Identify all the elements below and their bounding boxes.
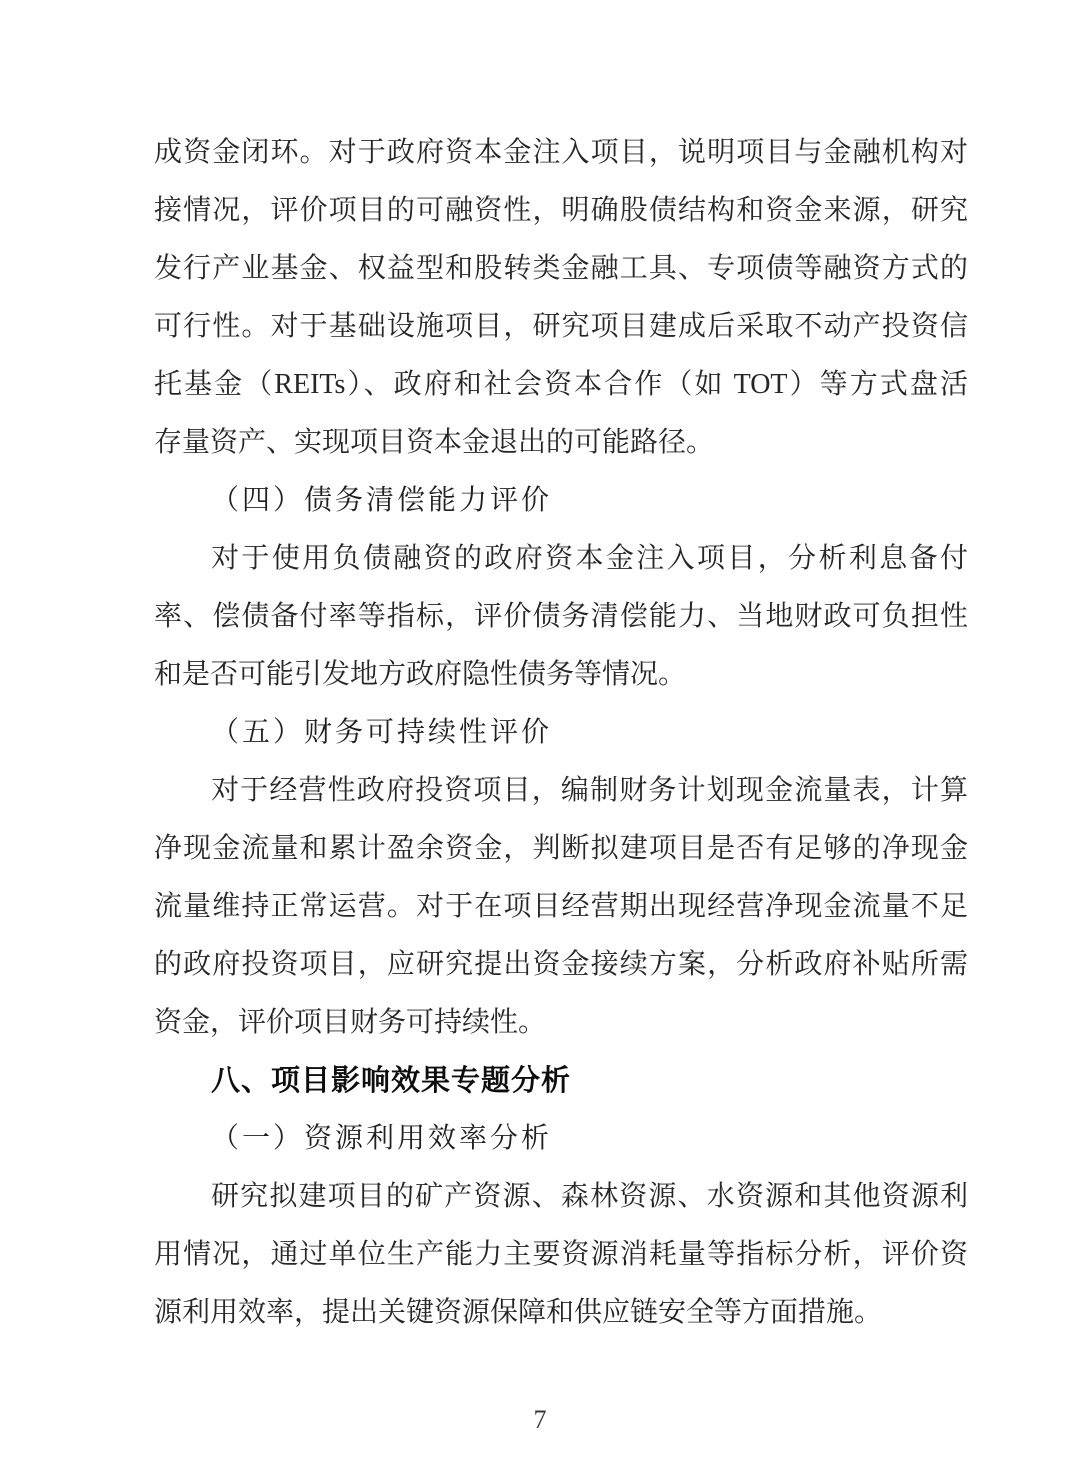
subheading-financial-sustainability: （五）财务可持续性评价	[154, 704, 968, 762]
body-line: 研究拟建项目的矿产资源、森林资源、水资源和其他资源利	[154, 1168, 968, 1226]
section-heading-impact-analysis: 八、项目影响效果专题分析	[154, 1052, 968, 1110]
body-line: 和是否可能引发地方政府隐性债务等情况。	[154, 646, 968, 704]
body-line: 资金，评价项目财务可持续性。	[154, 994, 968, 1052]
body-line: 发行产业基金、权益型和股转类金融工具、专项债等融资方式的	[154, 240, 968, 298]
body-line: 对于使用负债融资的政府资本金注入项目，分析利息备付	[154, 530, 968, 588]
body-line: 成资金闭环。对于政府资本金注入项目，说明项目与金融机构对	[154, 124, 968, 182]
body-line: 存量资产、实现项目资本金退出的可能路径。	[154, 414, 968, 472]
body-line: 流量维持正常运营。对于在项目经营期出现经营净现金流量不足	[154, 878, 968, 936]
body-line: 用情况，通过单位生产能力主要资源消耗量等指标分析，评价资	[154, 1226, 968, 1284]
body-line: 接情况，评价项目的可融资性，明确股债结构和资金来源，研究	[154, 182, 968, 240]
document-page-body: 成资金闭环。对于政府资本金注入项目，说明项目与金融机构对 接情况，评价项目的可融…	[154, 124, 968, 1342]
body-line: 率、偿债备付率等指标，评价债务清偿能力、当地财政可负担性	[154, 588, 968, 646]
page-number: 7	[0, 1403, 1080, 1437]
body-line: 净现金流量和累计盈余资金，判断拟建项目是否有足够的净现金	[154, 820, 968, 878]
subheading-resource-efficiency: （一）资源利用效率分析	[154, 1110, 968, 1168]
body-line: 对于经营性政府投资项目，编制财务计划现金流量表，计算	[154, 762, 968, 820]
body-line: 的政府投资项目，应研究提出资金接续方案，分析政府补贴所需	[154, 936, 968, 994]
body-line: 托基金（REITs）、政府和社会资本合作（如 TOT）等方式盘活	[154, 356, 968, 414]
subheading-debt-repayment-capacity: （四）债务清偿能力评价	[154, 472, 968, 530]
body-line: 可行性。对于基础设施项目，研究项目建成后采取不动产投资信	[154, 298, 968, 356]
body-line: 源利用效率，提出关键资源保障和供应链安全等方面措施。	[154, 1284, 968, 1342]
